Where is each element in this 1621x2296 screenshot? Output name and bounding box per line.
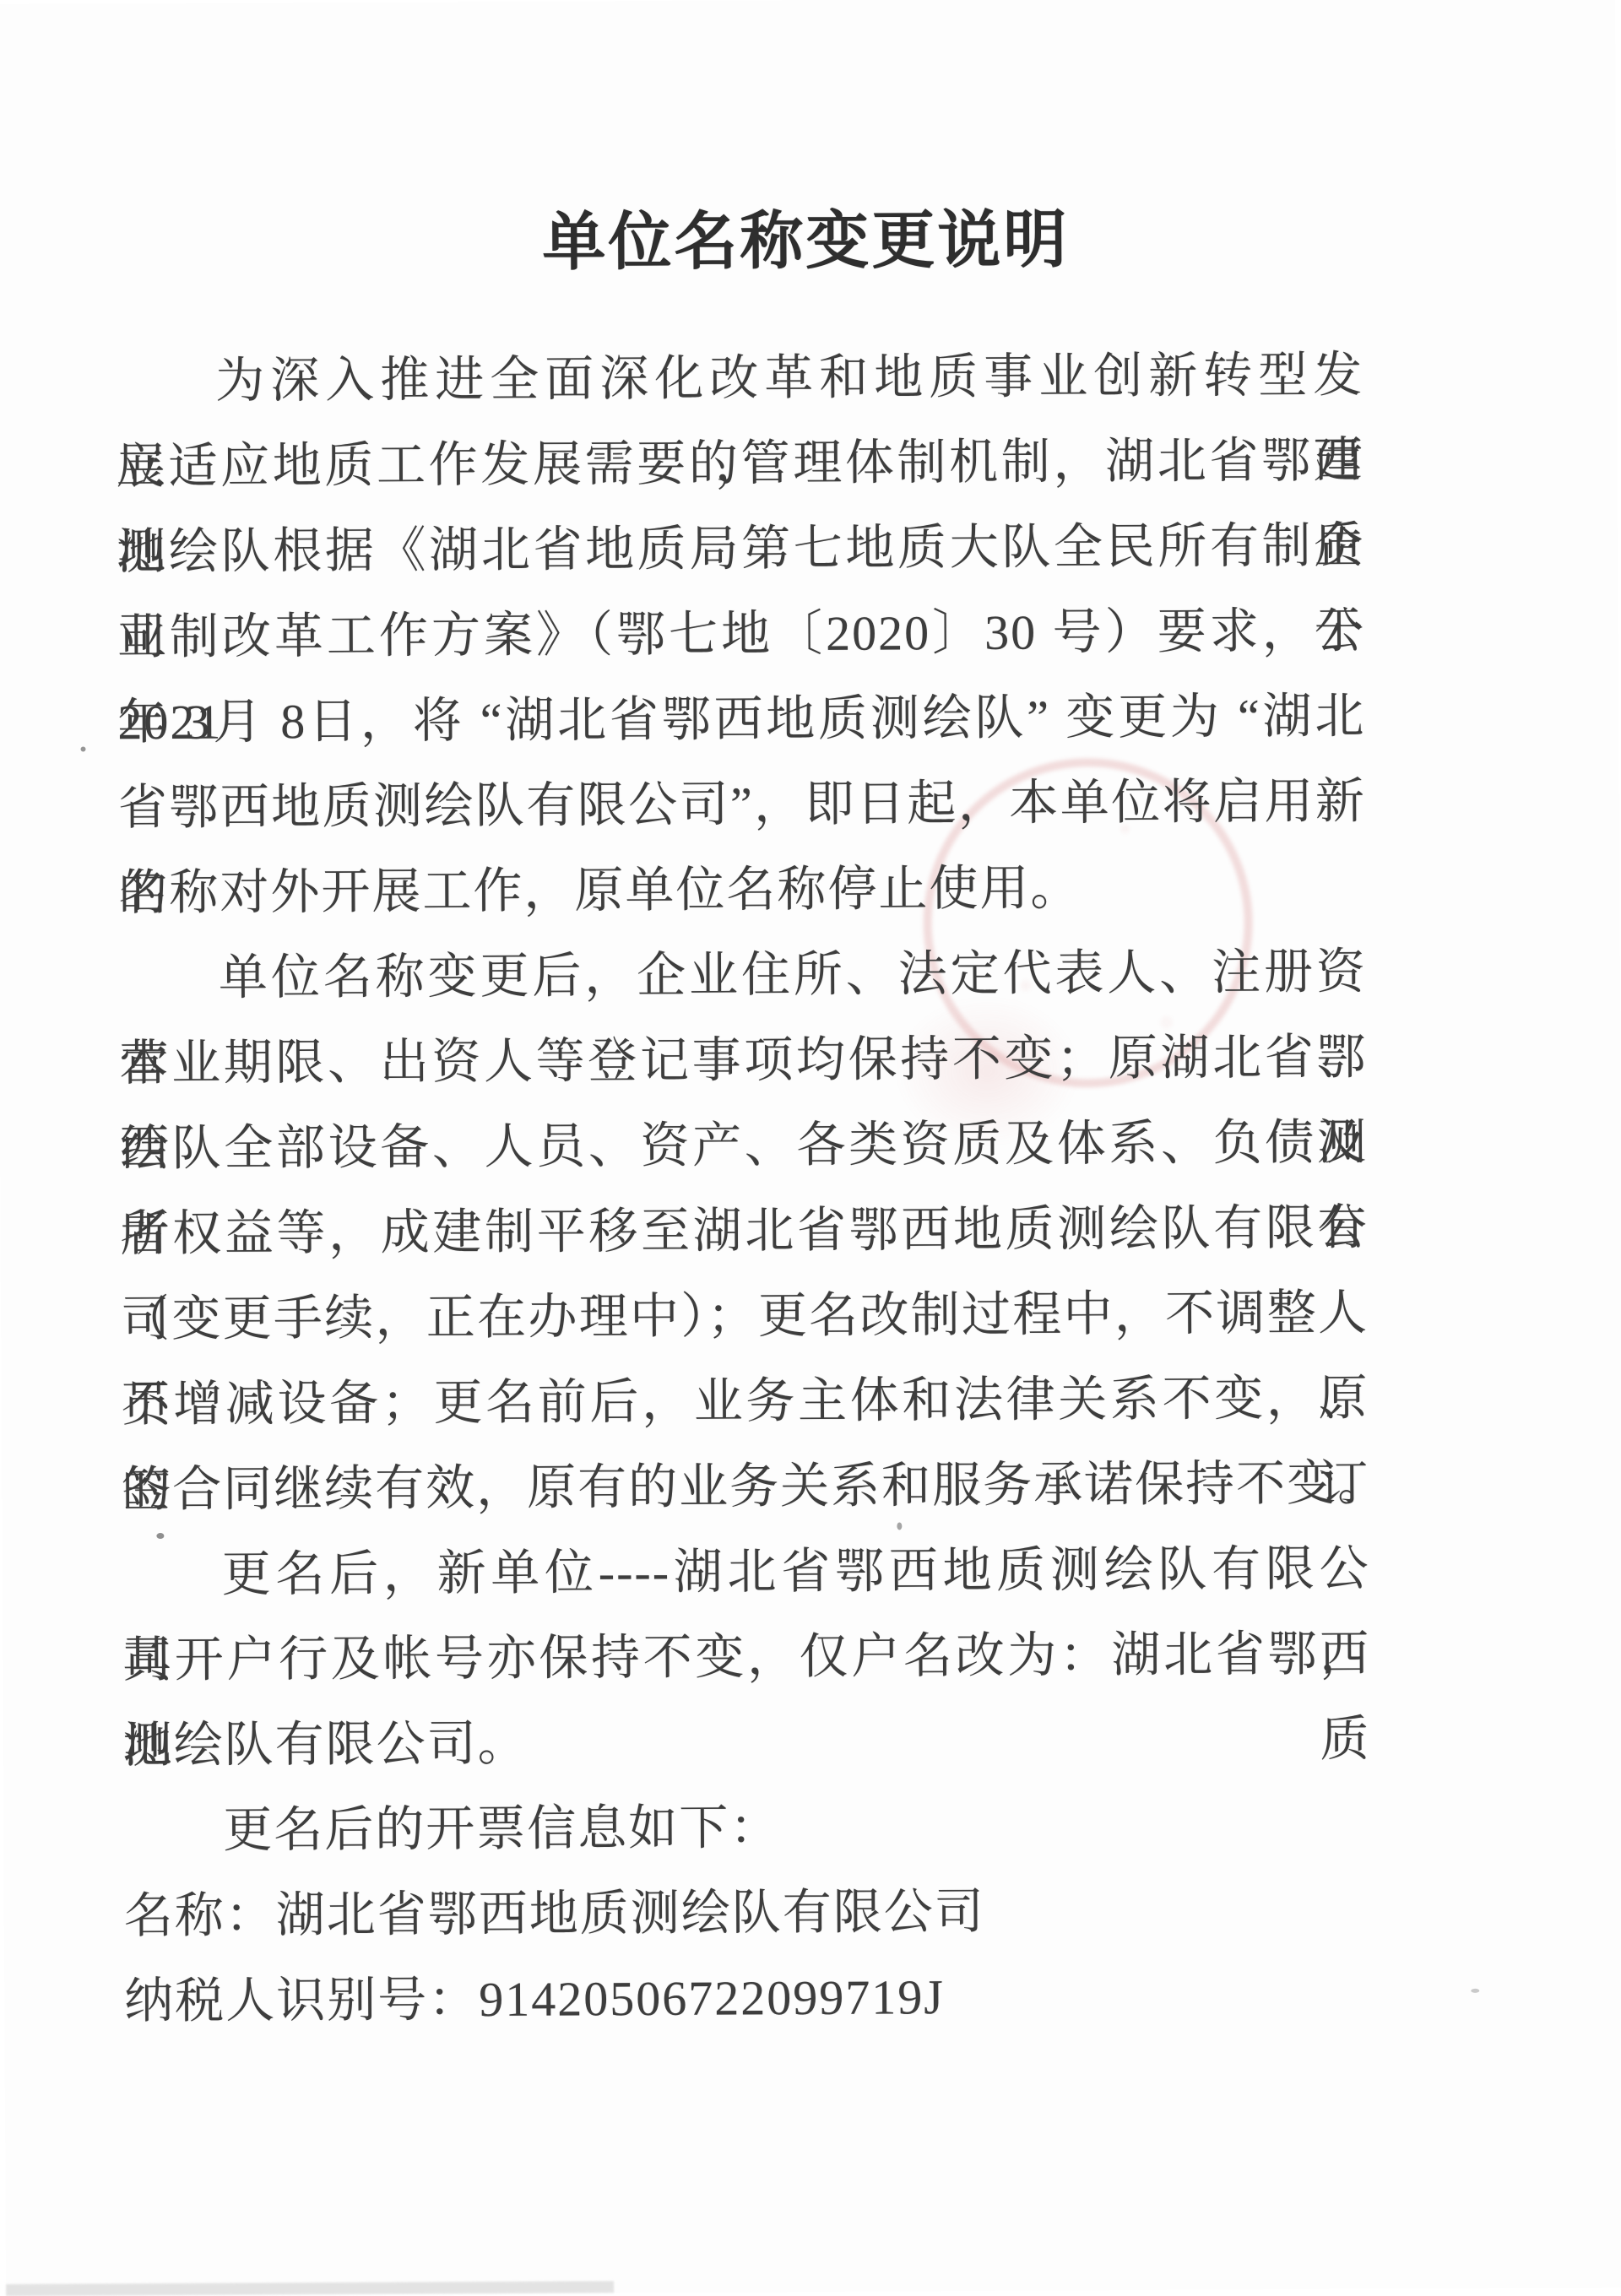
page-title: 单位名称变更说明 <box>0 187 1617 285</box>
text-line: 立适应地质工作发展需要的管理体制机制，湖北省鄂西地质 <box>117 418 1365 510</box>
text-line: 更名后，新单位----湖北省鄂西地质测绘队有限公司， <box>122 1526 1370 1618</box>
text-line: 名称对外开展工作，原单位名称停止使用。 <box>118 844 1367 936</box>
text-line: 单位名称变更后，企业住所、法定代表人、注册资本、 <box>119 929 1368 1021</box>
text-line: 其开户行及帐号亦保持不变，仅户名改为：湖北省鄂西地质 <box>122 1611 1371 1703</box>
text-line: 司制改革工作方案》（鄂七地〔2020〕30 号）要求，于 2021 <box>117 588 1366 680</box>
scan-speck <box>81 746 86 751</box>
document-body: 为深入推进全面深化改革和地质事业创新转型发展，建 立适应地质工作发展需要的管理体… <box>116 333 1373 2044</box>
text-line: 测绘队根据《湖北省地质局第七地质大队全民所有制企业公 <box>117 503 1365 595</box>
text-line: 更名后的开票信息如下： <box>123 1782 1372 1874</box>
document-page: 单位名称变更说明 为深入推进全面深化改革和地质事业创新转型发展，建 立适应地质工… <box>0 0 1621 2292</box>
text-line: 营业期限、出资人等登记事项均保持不变；原湖北省鄂西测 <box>119 1015 1368 1107</box>
text-line: 名称：湖北省鄂西地质测绘队有限公司 <box>124 1867 1373 1959</box>
text-line: 年 3月 8日，将 “湖北省鄂西地质测绘队” 变更为 “湖北 <box>117 674 1366 766</box>
text-line: 省鄂西地质测绘队有限公司”，即日起，本单位将启用新的 <box>118 759 1367 851</box>
scan-speck <box>1471 1989 1479 1993</box>
scan-speck <box>156 1533 164 1539</box>
text-line: 为深入推进全面深化改革和地质事业创新转型发展，建 <box>116 333 1364 425</box>
scan-edge-shadow <box>6 2281 614 2292</box>
text-line: 的合同继续有效，原有的业务关系和服务承诺保持不变。 <box>122 1441 1370 1533</box>
text-line: 不增减设备；更名前后，业务主体和法律关系不变，原签订 <box>121 1356 1369 1448</box>
text-line: （变更手续，正在办理中）；更名改制过程中，不调整人员、 <box>121 1270 1369 1362</box>
text-line: 者权益等，成建制平移至湖北省鄂西地质测绘队有限公司 <box>120 1185 1369 1277</box>
scan-speck <box>897 1522 902 1530</box>
taxpayer-id-line: 纳税人识别号：91420506722099719J <box>124 1952 1373 2044</box>
text-line: 绘队全部设备、人员、资产、各类资质及体系、负债及所有 <box>120 1100 1369 1192</box>
